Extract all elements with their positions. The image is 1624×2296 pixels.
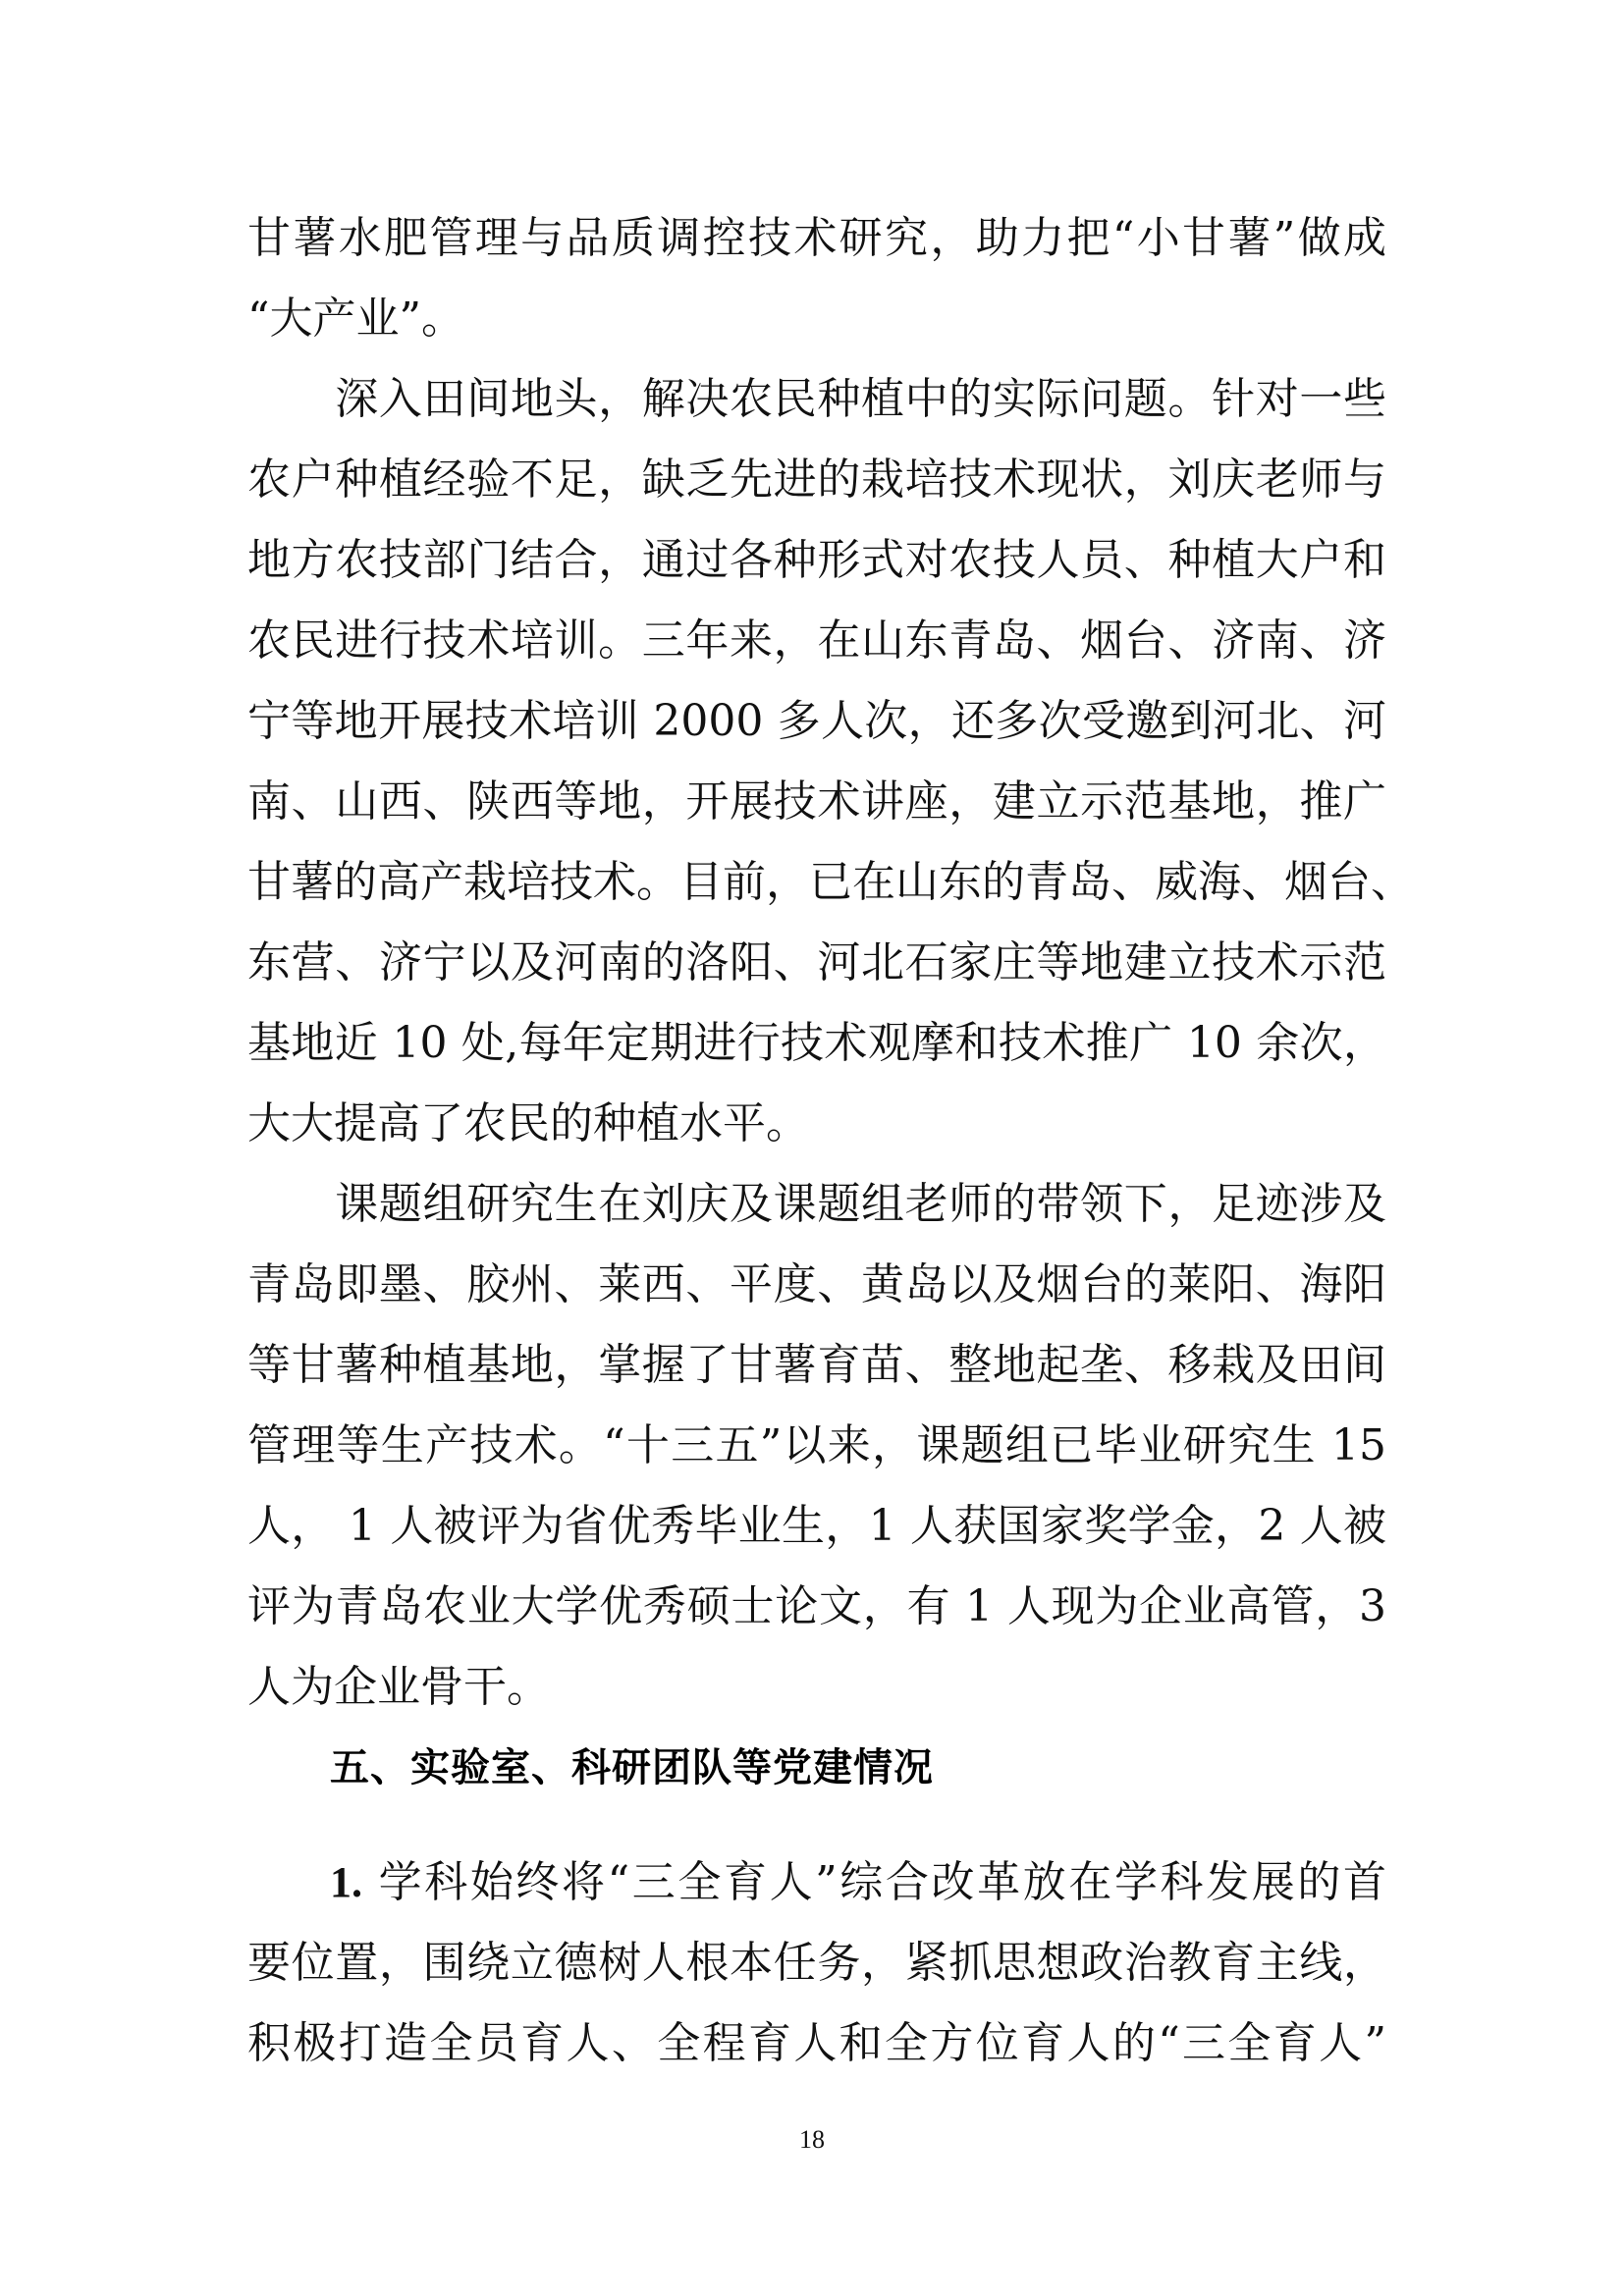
paragraph-line: 管理等生产技术。“十三五”以来，课题组已毕业研究生 15 bbox=[247, 1416, 1386, 1475]
paragraph-line: 深入田间地头，解决农民种植中的实际问题。针对一些 bbox=[247, 370, 1386, 429]
paragraph-line: 大大提高了农民的种植水平。 bbox=[247, 1095, 1386, 1153]
paragraph-line: 农民进行技术培训。三年来，在山东青岛、烟台、济南、济 bbox=[247, 612, 1386, 670]
paragraph-line: 青岛即墨、胶州、莱西、平度、黄岛以及烟台的莱阳、海阳 bbox=[247, 1255, 1386, 1314]
section-heading: 五、实验室、科研团队等党建情况 bbox=[330, 1738, 934, 1797]
document-page: 甘薯水肥管理与品质调控技术研究，助力把“小甘薯”做成 “大产业”。 深入田间地头… bbox=[0, 0, 1624, 2296]
paragraph-line: 要位置，围绕立德树人根本任务，紧抓思想政治教育主线， bbox=[247, 1934, 1386, 1993]
paragraph-line: 甘薯水肥管理与品质调控技术研究，助力把“小甘薯”做成 bbox=[247, 209, 1386, 268]
paragraph-line: 甘薯的高产栽培技术。目前，已在山东的青岛、威海、烟台、 bbox=[247, 853, 1386, 912]
paragraph-line: 地方农技部门结合，通过各种形式对农技人员、种植大户和 bbox=[247, 531, 1386, 590]
paragraph-line-numbered: 1. 学科始终将“三全育人”综合改革放在学科发展的首 bbox=[330, 1853, 1386, 1912]
paragraph-line: 东营、济宁以及河南的洛阳、河北石家庄等地建立技术示范 bbox=[247, 934, 1386, 992]
paragraph-line: 等甘薯种植基地，掌握了甘薯育苗、整地起垄、移栽及田间 bbox=[247, 1336, 1386, 1395]
page-number: 18 bbox=[0, 2125, 1624, 2155]
paragraph-line: 基地近 10 处,每年定期进行技术观摩和技术推广 10 余次， bbox=[247, 1014, 1386, 1073]
paragraph-line: 评为青岛农业大学优秀硕士论文，有 1 人现为企业高管，3 bbox=[247, 1577, 1386, 1636]
paragraph-line: 课题组研究生在刘庆及课题组老师的带领下，足迹涉及 bbox=[247, 1175, 1386, 1234]
item-number: 1. bbox=[330, 1858, 362, 1906]
paragraph-line-text: 学科始终将“三全育人”综合改革放在学科发展的首 bbox=[362, 1857, 1386, 1907]
paragraph-line: “大产业”。 bbox=[247, 290, 1386, 348]
paragraph-line: 南、山西、陕西等地，开展技术讲座，建立示范基地，推广 bbox=[247, 773, 1386, 831]
paragraph-line: 积极打造全员育人、全程育人和全方位育人的“三全育人” bbox=[247, 2014, 1386, 2073]
paragraph-line: 人， 1 人被评为省优秀毕业生，1 人获国家奖学金，2 人被 bbox=[247, 1497, 1386, 1556]
paragraph-line: 农户种植经验不足，缺乏先进的栽培技术现状，刘庆老师与 bbox=[247, 451, 1386, 509]
paragraph-line: 人为企业骨干。 bbox=[247, 1658, 1386, 1717]
paragraph-line: 宁等地开展技术培训 2000 多人次，还多次受邀到河北、河 bbox=[247, 692, 1386, 751]
